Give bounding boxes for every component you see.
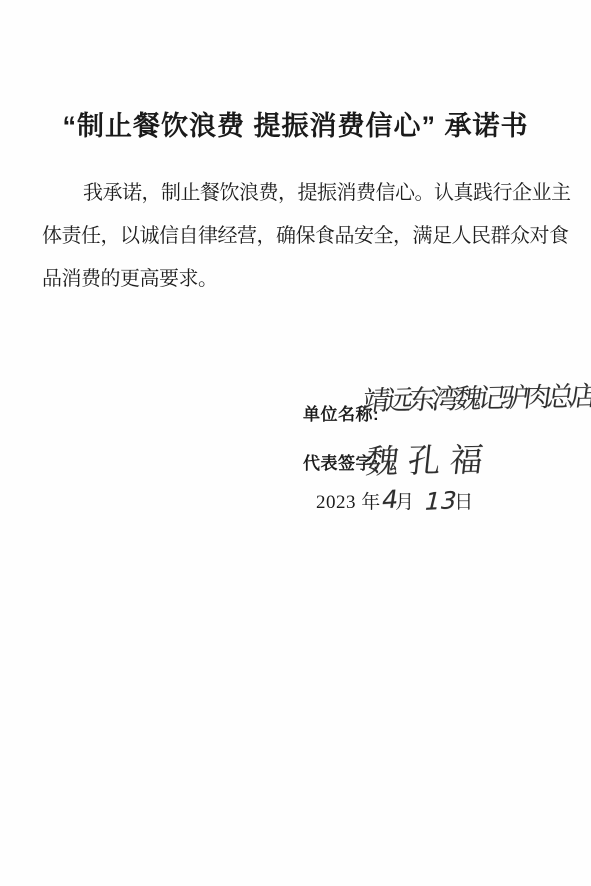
body-paragraph: 我承诺，制止餐饮浪费，提振消费信心。认真践行企业主 体责任，以诚信自律经营，确保… — [42, 172, 582, 301]
paragraph-line: 我承诺，制止餐饮浪费，提振消费信心。认真践行企业主 — [42, 172, 582, 215]
document-title: “制止餐饮浪费 提振消费信心” 承诺书 — [0, 107, 591, 145]
paragraph-line: 体责任，以诚信自律经营，确保食品安全，满足人民群众对食 — [42, 215, 582, 258]
date-day-handwriting: 13 — [421, 487, 459, 515]
date-year-text: 2023 年 — [316, 489, 381, 517]
scanned-document-page: “制止餐饮浪费 提振消费信心” 承诺书 我承诺，制止餐饮浪费，提振消费信心。认真… — [0, 0, 591, 886]
unit-name-handwriting: 靖远东湾魏记驴肉总店 — [360, 374, 591, 418]
date-line: 2023 年4月13日 — [316, 489, 474, 521]
paragraph-line: 品消费的更高要求。 — [42, 258, 582, 301]
date-month-handwriting: 4 — [380, 486, 400, 513]
representative-signature-handwriting: 魏孔福 — [364, 434, 495, 483]
